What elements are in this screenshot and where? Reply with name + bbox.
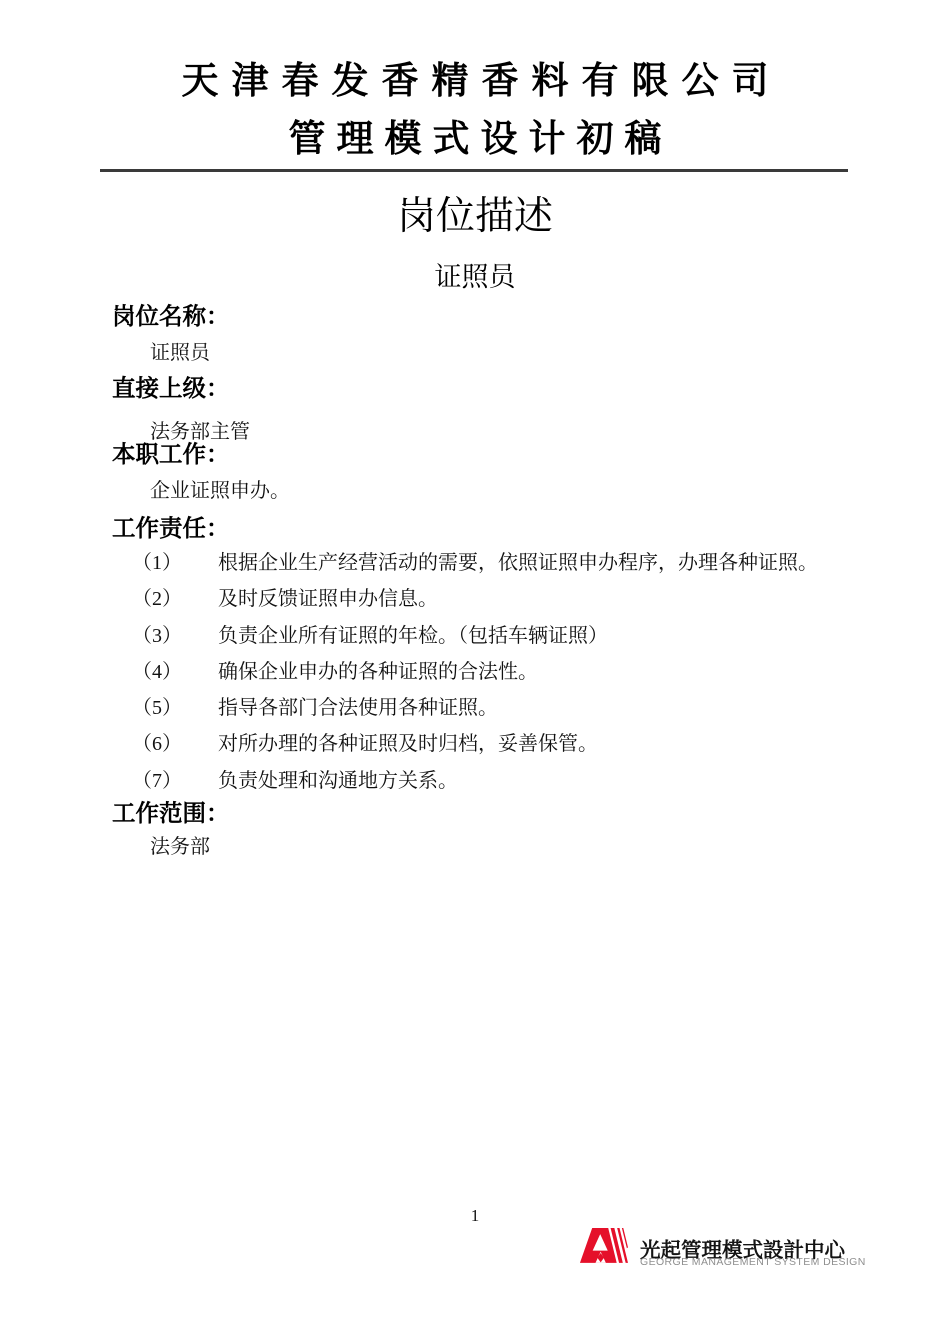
header-divider [100,169,848,172]
red-a-logo-icon [579,1227,628,1268]
main-duty-label: 本职工作： [112,435,230,469]
scope-value: 法务部 [150,830,210,859]
list-item: （1）根据企业生产经营活动的需要，依照证照申办程序，办理各种证照。 [132,546,872,582]
list-item: （6）对所办理的各种证照及时归档，妥善保管。 [132,727,872,763]
responsibility-list: （1）根据企业生产经营活动的需要，依照证照申办程序，办理各种证照。（2）及时反馈… [132,546,872,800]
company-title: 天津春发香精香料有限公司 [0,50,950,104]
list-item-number: （5） [132,691,218,720]
list-item-number: （4） [132,655,218,684]
list-item-text: 根据企业生产经营活动的需要，依照证照申办程序，办理各种证照。 [218,546,872,575]
list-item-text: 指导各部门合法使用各种证照。 [218,691,872,720]
list-item: （3）负责企业所有证照的年检。（包括车辆证照） [132,619,872,655]
list-item-text: 对所办理的各种证照及时归档，妥善保管。 [218,727,872,756]
list-item: （7）负责处理和沟通地方关系。 [132,764,872,800]
page-number: 1 [0,1206,950,1226]
list-item: （5）指导各部门合法使用各种证照。 [132,691,872,727]
list-item: （2）及时反馈证照申办信息。 [132,582,872,618]
header-subtitle: 管理模式设计初稿 [0,108,950,162]
position-name-value: 证照员 [150,336,210,365]
supervisor-label: 直接上级： [112,369,230,403]
list-item-text: 负责企业所有证照的年检。（包括车辆证照） [218,619,872,648]
main-duty-value: 企业证照申办。 [150,474,290,503]
logo-company-name-en: GEORGE MANAGEMENT SYSTEM DESIGN [640,1256,866,1268]
position-name-label: 岗位名称： [112,297,230,331]
responsibilities-label: 工作责任： [112,509,230,543]
list-item-number: （2） [132,582,218,611]
scope-label: 工作范围： [112,794,230,828]
list-item-text: 确保企业申办的各种证照的合法性。 [218,655,872,684]
position-heading: 证照员 [0,255,950,294]
company-logo: 光起管理模式設計中心 GEORGE MANAGEMENT SYSTEM DESI… [579,1227,849,1285]
document-page: 天津春发香精香料有限公司 管理模式设计初稿 岗位描述 证照员 岗位名称： 证照员… [0,0,950,1344]
page-title: 岗位描述 [0,185,950,241]
list-item-text: 负责处理和沟通地方关系。 [218,764,872,793]
list-item-number: （3） [132,619,218,648]
list-item-number: （7） [132,764,218,793]
list-item-number: （1） [132,546,218,575]
list-item-number: （6） [132,727,218,756]
list-item-text: 及时反馈证照申办信息。 [218,582,872,611]
list-item: （4）确保企业申办的各种证照的合法性。 [132,655,872,691]
